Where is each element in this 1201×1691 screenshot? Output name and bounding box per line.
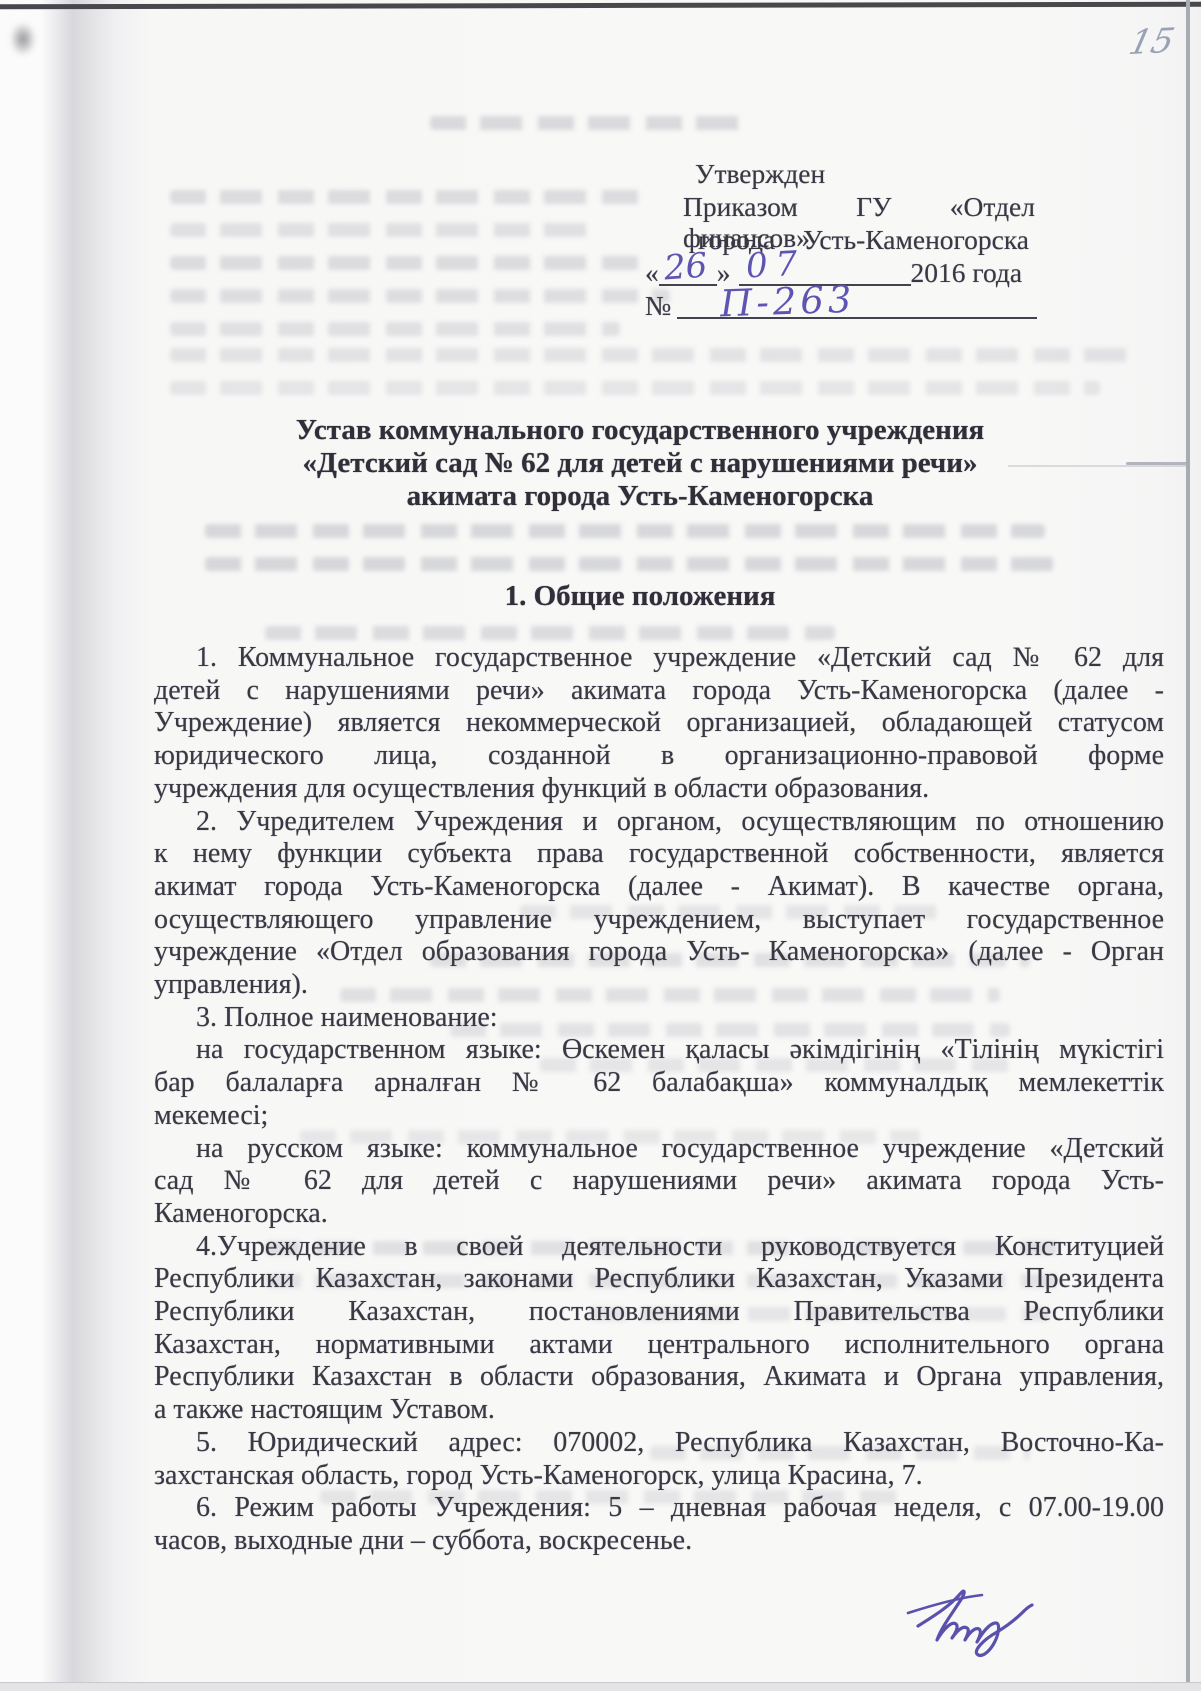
body-text-line: детей с нарушениями речи» акимата города… xyxy=(154,675,1164,708)
body-text-line: часов, выходные дни – суббота, воскресен… xyxy=(154,1525,1164,1558)
title-line-1: Устав коммунального государственного учр… xyxy=(140,414,1140,447)
body-text-line: 5. Юридический адрес: 070002, Республика… xyxy=(154,1427,1164,1460)
approval-approved-label: Утвержден xyxy=(695,158,825,189)
body-text-line: на русском языке: коммунальное государст… xyxy=(154,1133,1164,1166)
body-text-line: 6. Режим работы Учреждения: 5 – дневная … xyxy=(154,1492,1164,1525)
body-text-line: управления). xyxy=(154,969,1164,1002)
body-text-line: Республики Казахстан в области образован… xyxy=(154,1361,1164,1394)
title-line-3: акимата города Усть-Каменогорска xyxy=(140,480,1140,513)
bleed-through-artifact xyxy=(205,557,1055,571)
section-heading: 1. Общие положения xyxy=(140,580,1140,613)
scan-corner-shadow xyxy=(10,22,36,56)
body-text-line: Каменогорска. xyxy=(154,1198,1164,1231)
bleed-through-artifact xyxy=(170,381,1100,395)
bleed-through-artifact xyxy=(170,289,670,303)
signature-icon xyxy=(898,1578,1058,1674)
body-text-line: а также настоящим Уставом. xyxy=(154,1394,1164,1427)
body-text-line: Учреждение) является некоммерческой орга… xyxy=(154,707,1164,740)
body-text-line: учреждения для осуществления функций в о… xyxy=(154,773,1164,806)
document-title: Устав коммунального государственного учр… xyxy=(140,414,1140,513)
handwritten-day: 26 xyxy=(663,246,709,289)
body-text-line: сад № 62 для детей с нарушениями речи» а… xyxy=(154,1165,1164,1198)
scanned-document-page: 15 Утвержден Приказом ГУ «Отдел финансов… xyxy=(0,0,1201,1691)
body-text-line: Республики Казахстан, постановлениями Пр… xyxy=(154,1296,1164,1329)
year-suffix-text: 2016 года xyxy=(911,257,1023,288)
body-text-line: акимат города Усть-Каменогорска (далее -… xyxy=(154,871,1164,904)
body-text-line: Республики Казахстан, законами Республик… xyxy=(154,1263,1164,1296)
body-text-line: Казахстан, нормативными актами центральн… xyxy=(154,1329,1164,1362)
body-text-line: 3. Полное наименование: xyxy=(154,1002,1164,1035)
bleed-through-artifact xyxy=(170,256,650,270)
body-text-line: мекемесі; xyxy=(154,1100,1164,1133)
document-body: 1. Коммунальное государственное учрежден… xyxy=(154,642,1164,1558)
body-text-line: осуществляющего управление учреждением, … xyxy=(154,904,1164,937)
scan-right-edge xyxy=(1186,0,1190,1691)
bleed-through-artifact xyxy=(265,626,835,640)
title-line-2: «Детский сад № 62 для детей с нарушениям… xyxy=(140,447,1140,480)
body-text-line: 4.Учреждение в своей деятельности руково… xyxy=(154,1231,1164,1264)
body-text-line: захстанская область, город Усть-Каменого… xyxy=(154,1460,1164,1493)
handwritten-page-number: 15 xyxy=(1125,21,1178,63)
body-text-line: на государственном языке: Өскемен қаласы… xyxy=(154,1034,1164,1067)
bleed-through-artifact xyxy=(170,190,640,204)
body-text-line: к нему функции субъекта права государств… xyxy=(154,838,1164,871)
handwritten-order-number: П-263 xyxy=(719,278,856,326)
body-text-line: 1. Коммунальное государственное учрежден… xyxy=(154,642,1164,675)
bleed-through-artifact xyxy=(170,322,620,336)
body-text-line: бар балаларға арналған № 62 балабақша» к… xyxy=(154,1067,1164,1100)
body-text-line: 2. Учредителем Учреждения и органом, осу… xyxy=(154,806,1164,839)
scan-bottom-edge xyxy=(0,1682,1201,1691)
bleed-through-artifact xyxy=(170,348,1130,362)
body-text-line: юридического лица, созданной в организац… xyxy=(154,740,1164,773)
number-sign: № xyxy=(645,290,671,321)
bleed-through-artifact xyxy=(430,116,750,130)
body-text-line: учреждение «Отдел образования города Уст… xyxy=(154,936,1164,969)
quote-open-char: « xyxy=(645,257,659,288)
scan-top-edge xyxy=(0,2,1201,10)
bleed-through-artifact xyxy=(205,524,1045,538)
bleed-through-artifact xyxy=(170,223,590,237)
